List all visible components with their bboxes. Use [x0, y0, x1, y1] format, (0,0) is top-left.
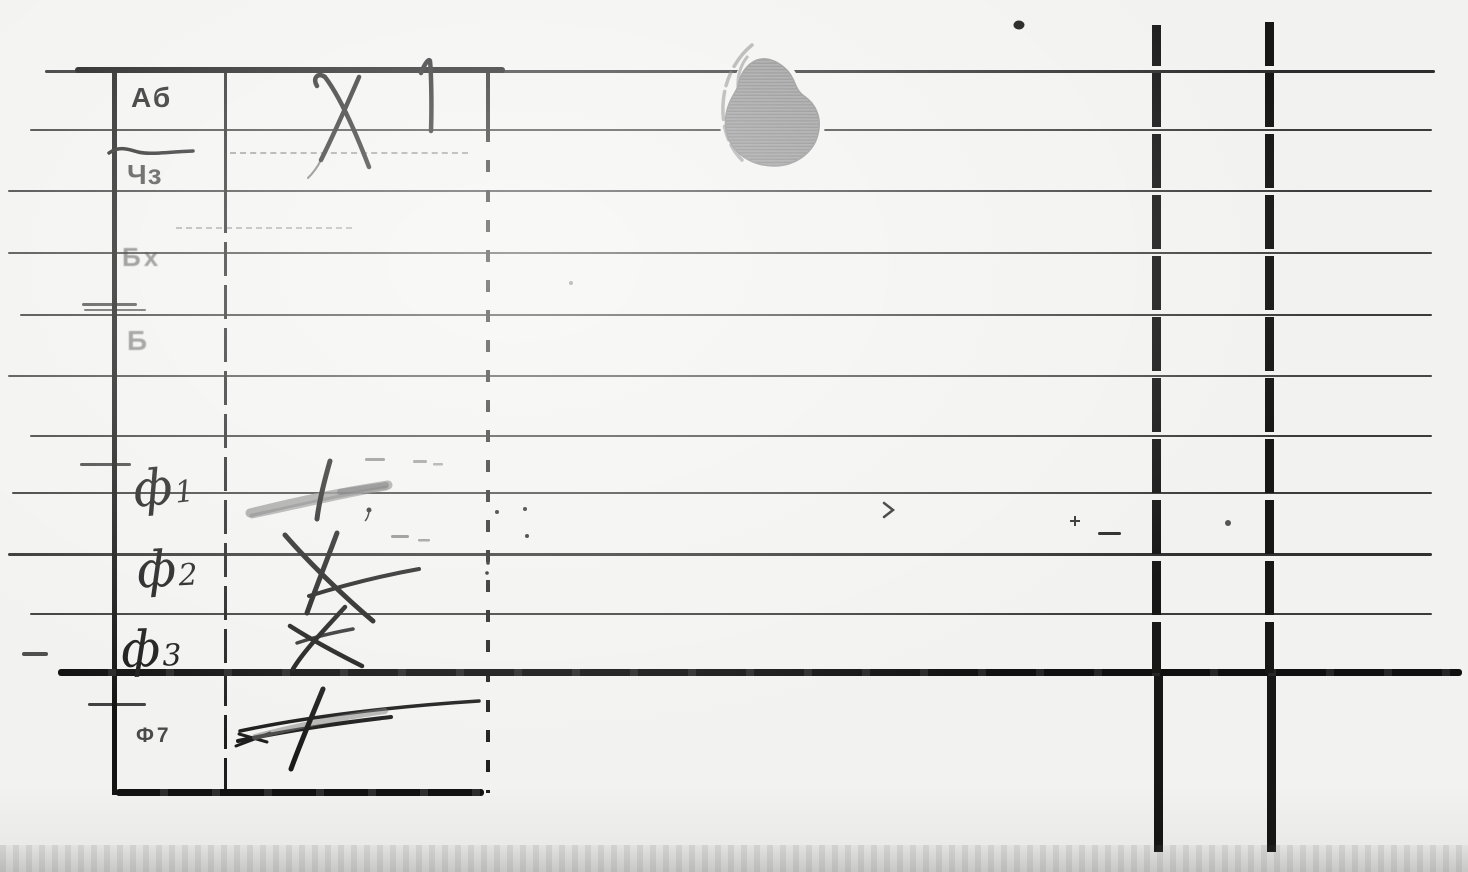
card-border-top: [75, 67, 505, 73]
row-label-bh: Бх: [122, 242, 161, 273]
ruled-line: [20, 314, 1432, 316]
ghost-line: [230, 152, 468, 154]
mark-ab-cross: [308, 60, 431, 178]
row-label-chz: Чз: [127, 159, 163, 191]
stub-line: [80, 463, 131, 466]
row-label-f2: ф2: [136, 538, 199, 599]
mark-f2-cross: [285, 533, 419, 621]
card-border-right-top: [486, 70, 490, 140]
mark-chz-squiggle: [109, 149, 193, 154]
mark-f1-slash: [250, 461, 388, 519]
ruled-line: [8, 553, 1432, 556]
ruled-line: [30, 129, 1432, 131]
ink-blob: [723, 45, 819, 166]
mark-f3-cross: [290, 607, 362, 669]
card-border-bottom: [116, 789, 484, 796]
vertical-rule-1-lower: [1154, 676, 1163, 852]
vertical-rule-2-lower: [1267, 676, 1276, 852]
scanned-library-card: Аб Чз Бх Б ф1 ф2 ф3 Ф7: [0, 0, 1468, 872]
ruled-line: [30, 613, 1432, 615]
stub-line: [82, 303, 137, 306]
card-divider-top: [224, 70, 227, 220]
mark-f7-slash: [236, 689, 479, 769]
thick-horizontal-rule: [58, 669, 1462, 676]
card-border-left: [112, 70, 117, 795]
vertical-rule-1: [1152, 25, 1161, 673]
ghost-line: [176, 227, 352, 229]
row-label-f3: ф3: [120, 619, 182, 679]
ruled-line: [30, 435, 1432, 437]
row-label-f1: ф1: [130, 455, 196, 519]
card-border-right: [486, 70, 490, 793]
stub-line: [22, 652, 48, 656]
row-label-f7: Ф7: [136, 724, 172, 748]
ruled-line: [8, 190, 1432, 192]
ruled-line: [8, 252, 1432, 254]
vertical-rule-2: [1265, 22, 1274, 673]
row-label-ab: Аб: [131, 82, 172, 114]
stub-line: [88, 703, 146, 706]
ruled-line: [8, 375, 1432, 377]
scan-bottom-edge: [0, 845, 1468, 872]
row-label-b: Б: [127, 325, 147, 357]
